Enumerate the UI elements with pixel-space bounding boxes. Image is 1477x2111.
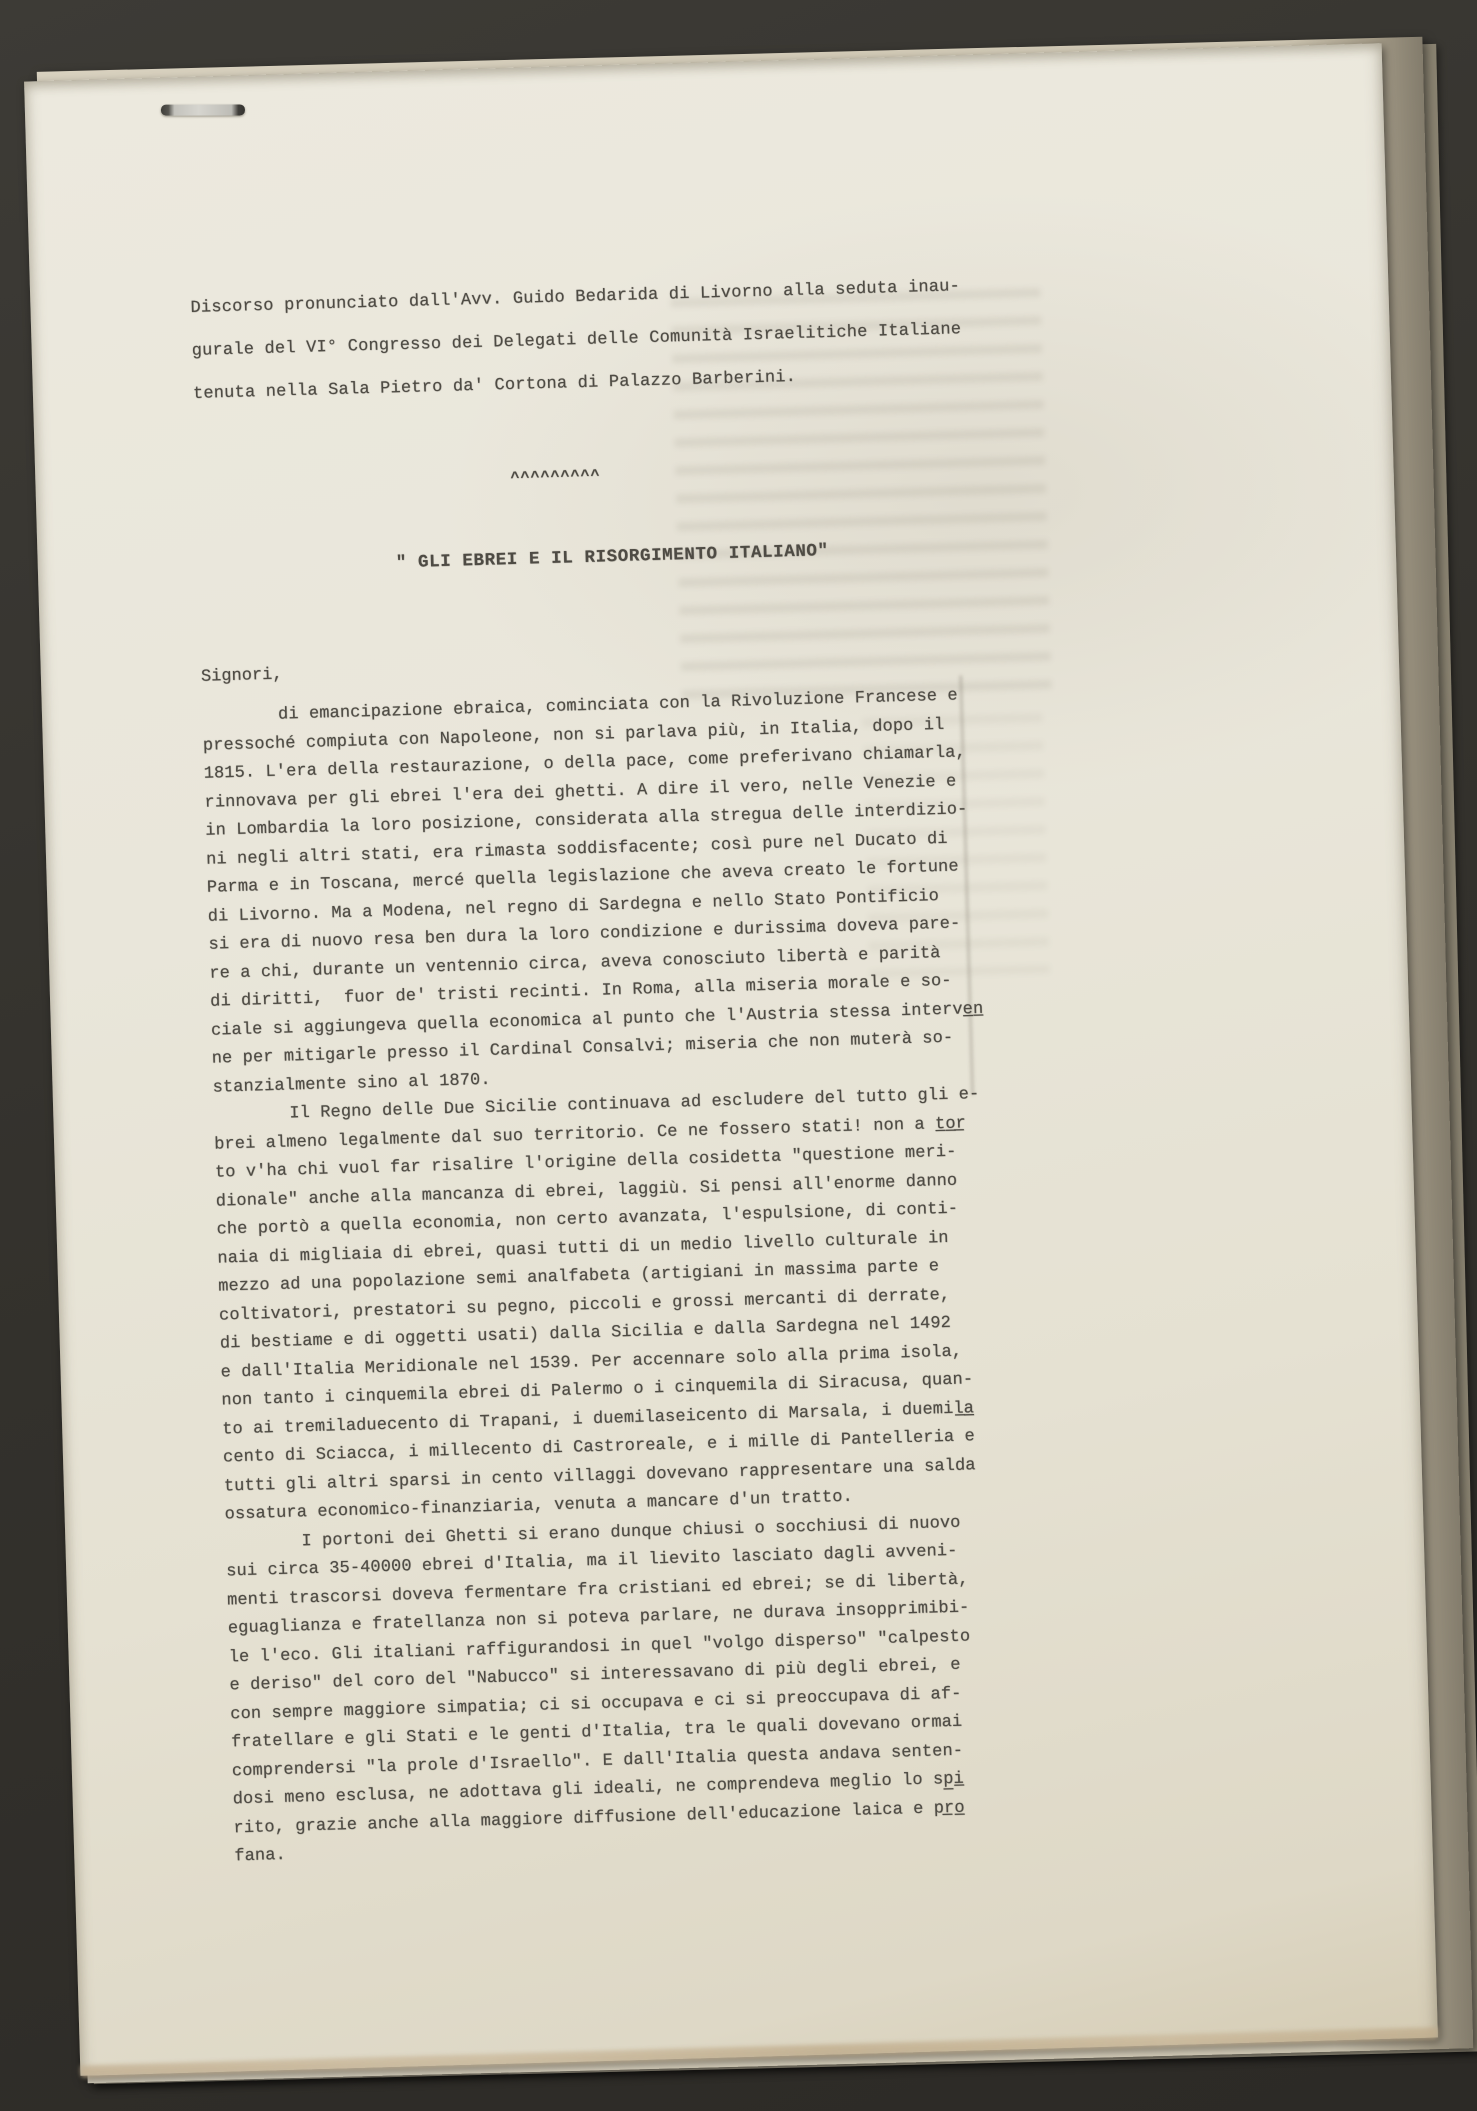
document-title: " GLI EBREI E IL RISORGIMENTO ITALIANO" xyxy=(396,534,1028,574)
paper-sheet: Discorso pronunciato dall'Avv. Guido Bed… xyxy=(24,43,1438,2076)
scanned-document-photo: Discorso pronunciato dall'Avv. Guido Bed… xyxy=(0,0,1477,2111)
separator-carets: ^^^^^^^^^ xyxy=(510,454,1025,489)
document-header: Discorso pronunciato dall'Avv. Guido Bed… xyxy=(190,264,1023,416)
staple xyxy=(161,104,245,115)
document-body: di emancipazione ebraica, cominciata con… xyxy=(202,680,1065,1871)
typewritten-content: Discorso pronunciato dall'Avv. Guido Bed… xyxy=(190,264,1064,1872)
